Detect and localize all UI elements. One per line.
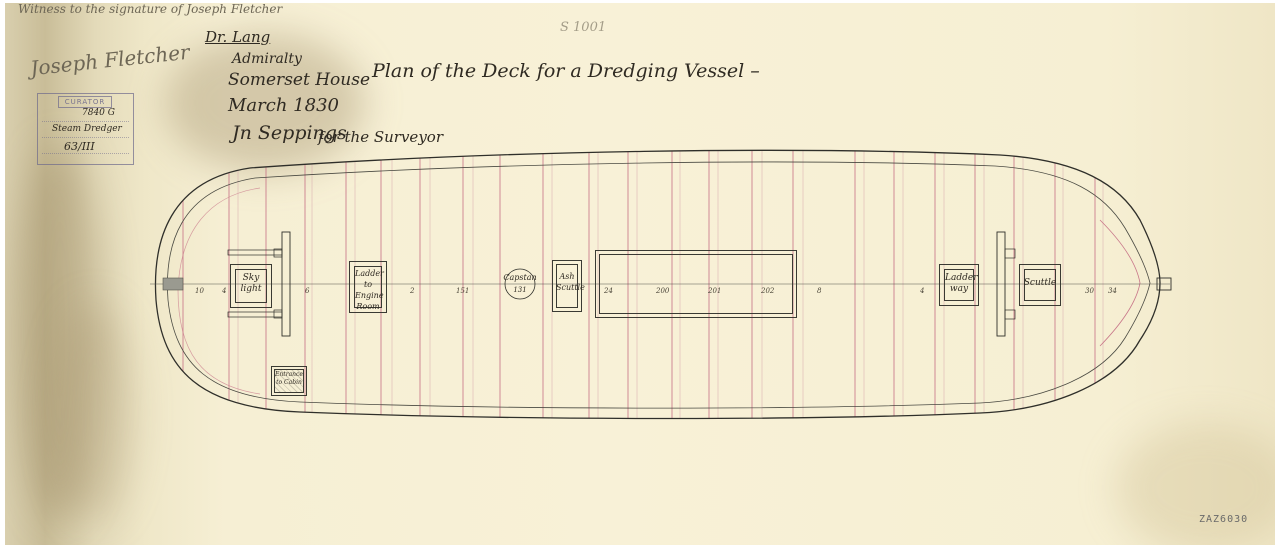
ash-scuttle-label: Ash Scuttle [553, 271, 581, 293]
frame-mark: 8 [817, 287, 821, 295]
ladder-way: Ladder way [939, 264, 979, 306]
ash-scuttle: Ash Scuttle [552, 260, 582, 312]
frame-mark: 4 [920, 287, 924, 295]
frame-mark: 34 [1108, 287, 1117, 295]
capstan-label: Capstan [502, 272, 538, 283]
machinery-hatch [595, 250, 797, 318]
ladder-way-label: Ladder way [940, 273, 978, 295]
catalogue-reference: ZAZ6030 [1199, 514, 1248, 525]
frame-mark: 202 [761, 287, 774, 295]
frame-mark: 2 [410, 287, 414, 295]
frame-mark: 201 [708, 287, 721, 295]
frame-mark: 200 [656, 287, 669, 295]
entrance-cabin: Entrance to Cabin [271, 366, 307, 396]
skylight: Sky light [230, 264, 272, 308]
frame-mark: 24 [604, 287, 613, 295]
frame-mark: 30 [1085, 287, 1094, 295]
frame-mark: 4 [222, 287, 226, 295]
entrance-cabin-label: Entrance to Cabin [272, 371, 306, 387]
frame-mark: 10 [195, 287, 204, 295]
frame-mark: 151 [456, 287, 469, 295]
ladder-engine-room-label: Ladder to Engine Room [350, 268, 386, 312]
skylight-label: Sky light [231, 273, 271, 295]
ladder-engine-room: Ladder to Engine Room [349, 261, 387, 313]
scuttle-label: Scuttle [1020, 278, 1060, 289]
scuttle: Scuttle [1019, 264, 1061, 306]
frame-mark: 6 [305, 287, 309, 295]
capstan-frame: 131 [510, 285, 530, 296]
